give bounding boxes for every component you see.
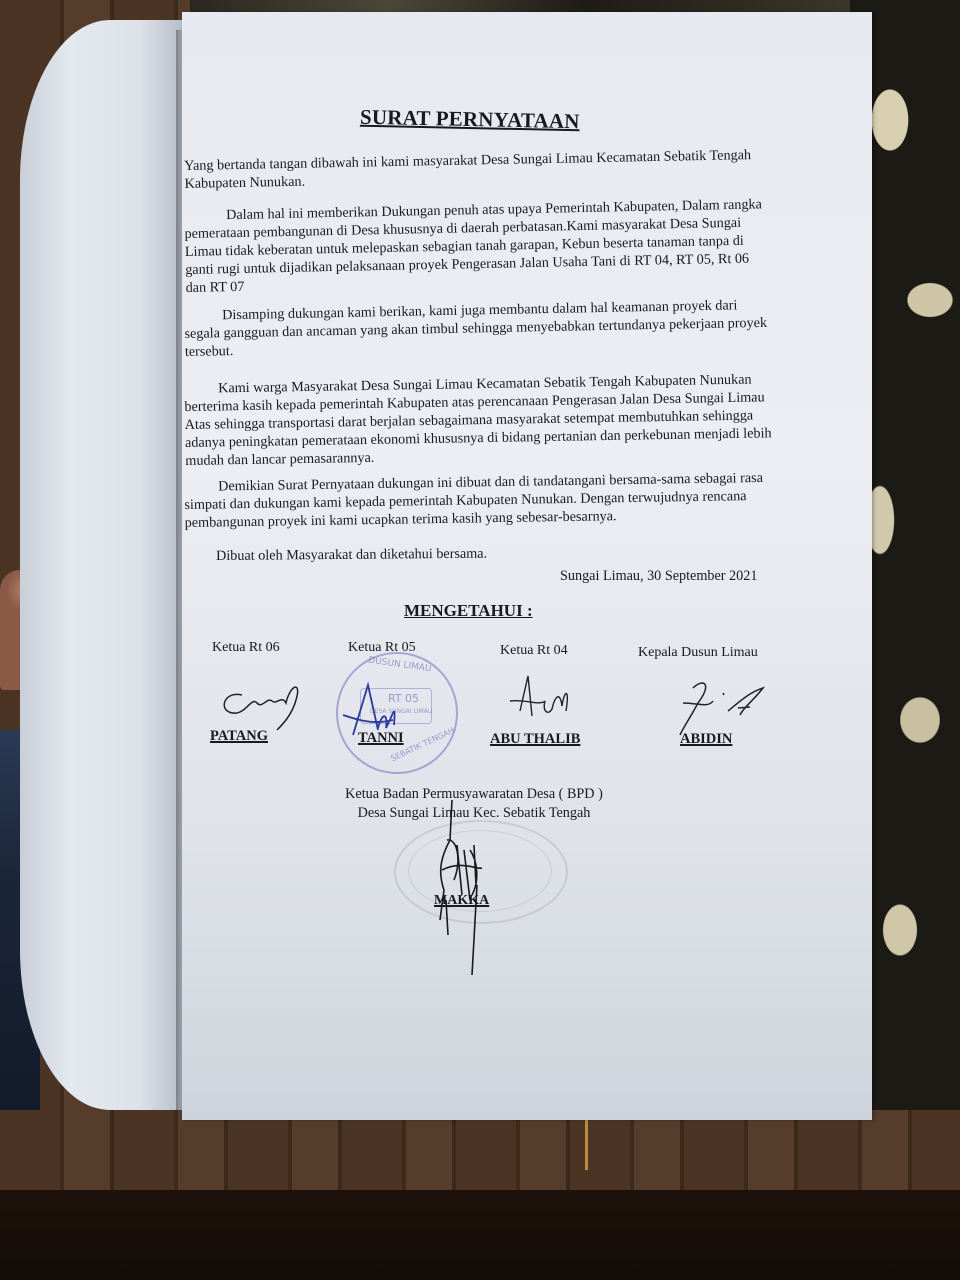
paragraph-closing: Demikian Surat Pernyataan dukungan ini d… [184,469,783,532]
signatory-name: PATANG [210,728,268,745]
acknowledged-heading: MENGETAHUI : [404,601,533,621]
signatory-name: ABIDIN [680,731,732,748]
paragraph-thanks: Kami warga Masyarakat Desa Sungai Limau … [184,370,783,470]
paragraph-support: Dalam hal ini memberikan Dukungan penuh … [184,195,772,297]
document-title: SURAT PERNYATAAN [360,105,580,135]
signatory-name: ABU THALIB [490,731,580,748]
place-and-date: Sungai Limau, 30 September 2021 [560,568,757,585]
signature-mark [500,671,590,731]
bpd-name: MAKKA [434,893,489,909]
signature-mark [212,675,312,735]
bpd-signature-mark [422,800,512,980]
signatory-name: TANNI [358,730,404,747]
curled-previous-page [20,20,190,1110]
signatory-role: Ketua Rt 06 [212,640,280,656]
signatory-role: Ketua Rt 04 [500,643,568,659]
signatory-role: Ketua Rt 05 [348,640,416,656]
signatory-role: Kepala Dusun Limau [638,645,758,661]
table-shadow-bottom [0,1190,960,1280]
paragraph-security: Disamping dukungan kami berikan, kami ju… [184,296,771,361]
